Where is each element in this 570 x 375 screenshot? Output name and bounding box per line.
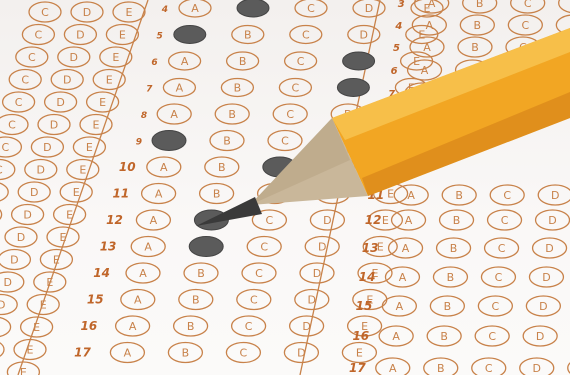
answer-bubble: D xyxy=(25,160,57,180)
svg-text:A: A xyxy=(160,161,168,174)
answer-bubble: B xyxy=(221,79,253,97)
svg-text:A: A xyxy=(129,320,137,333)
answer-bubble: C xyxy=(472,358,506,375)
answer-bubble: E xyxy=(342,343,376,363)
answer-bubble: B xyxy=(179,290,213,310)
answer-bubble: C xyxy=(237,290,271,310)
answer-bubble: D xyxy=(0,340,4,360)
answer-bubble: C xyxy=(488,210,522,230)
svg-text:C: C xyxy=(15,96,23,109)
svg-text:C: C xyxy=(292,82,300,95)
svg-text:C: C xyxy=(260,241,268,254)
svg-text:D: D xyxy=(70,51,78,64)
svg-text:D: D xyxy=(10,254,18,267)
svg-text:D: D xyxy=(23,209,31,222)
answer-bubble: C xyxy=(16,47,48,67)
answer-bubble: A xyxy=(110,343,144,363)
svg-text:B: B xyxy=(455,189,463,202)
answer-bubble: E xyxy=(40,250,72,270)
question-number: 4 xyxy=(161,5,168,15)
answer-bubble: D xyxy=(310,210,344,230)
svg-text:A: A xyxy=(402,242,410,255)
svg-text:C: C xyxy=(41,6,49,19)
answer-bubble: D xyxy=(523,326,557,346)
question-number: 7 xyxy=(146,85,153,95)
answer-bubble: C xyxy=(242,263,276,283)
answer-bubble: D xyxy=(58,47,90,67)
answer-bubble: A xyxy=(376,358,410,375)
answer-bubble: E xyxy=(113,2,145,22)
answer-bubble: C xyxy=(290,26,322,44)
answer-bubble: D xyxy=(529,267,563,287)
answer-bubble: A xyxy=(382,296,416,316)
question-number: 10 xyxy=(119,160,136,174)
answer-bubble: A xyxy=(126,263,160,283)
answer-bubble: D xyxy=(559,0,570,13)
svg-text:C: C xyxy=(35,29,43,42)
svg-text:B: B xyxy=(213,188,221,201)
svg-text:A: A xyxy=(191,2,199,15)
answer-bubble: C xyxy=(3,92,35,112)
question-number: 17 xyxy=(74,346,91,360)
svg-text:B: B xyxy=(450,242,458,255)
answer-bubble: A xyxy=(163,79,195,97)
question-number: 5 xyxy=(157,32,163,42)
svg-text:B: B xyxy=(192,294,200,307)
svg-text:B: B xyxy=(218,161,226,174)
answer-bubble: C xyxy=(481,267,515,287)
answer-bubble: C xyxy=(279,79,311,97)
answer-bubble: B xyxy=(200,184,234,204)
answer-bubble: D xyxy=(71,2,103,22)
answer-bubble: B xyxy=(215,104,249,124)
answer-bubble: E xyxy=(80,115,112,135)
svg-text:D: D xyxy=(37,164,45,177)
answer-bubble: C xyxy=(273,104,307,124)
svg-text:B: B xyxy=(228,108,236,121)
answer-bubble: B xyxy=(440,210,474,230)
svg-text:D: D xyxy=(30,186,38,199)
answer-bubble: C xyxy=(511,0,545,13)
answer-bubble: C xyxy=(0,182,8,202)
svg-text:C: C xyxy=(302,29,310,42)
svg-text:B: B xyxy=(474,19,482,32)
svg-text:E: E xyxy=(27,344,34,357)
svg-text:B: B xyxy=(239,55,247,68)
svg-text:B: B xyxy=(440,330,448,343)
svg-text:C: C xyxy=(28,51,36,64)
svg-text:A: A xyxy=(155,188,163,201)
svg-text:B: B xyxy=(453,214,461,227)
question-number: 17 xyxy=(349,361,366,375)
svg-text:B: B xyxy=(444,300,452,313)
answer-bubble: A xyxy=(379,326,413,346)
answer-bubble: C xyxy=(29,2,61,22)
svg-text:C: C xyxy=(488,330,496,343)
svg-text:D: D xyxy=(17,231,25,244)
answer-sheet-illustration: CDECDECDECDECDECDECDECDECDECDEDEDEDEDEDE… xyxy=(0,0,570,375)
svg-text:E: E xyxy=(119,29,126,42)
svg-text:C: C xyxy=(240,347,248,360)
question-number: 3 xyxy=(398,0,405,10)
answer-bubble: A xyxy=(131,237,165,257)
filled-bubble xyxy=(343,52,375,70)
svg-text:C: C xyxy=(286,108,294,121)
answer-bubble: A xyxy=(157,104,191,124)
svg-text:E: E xyxy=(79,164,86,177)
answer-bubble: A xyxy=(415,0,449,13)
svg-text:A: A xyxy=(407,189,415,202)
question-number: 14 xyxy=(93,266,110,280)
answer-bubble: E xyxy=(14,340,46,360)
answer-bubble: E xyxy=(34,272,66,292)
svg-text:C: C xyxy=(521,19,529,32)
svg-text:C: C xyxy=(0,164,3,177)
answer-bubble: D xyxy=(538,185,570,205)
answer-bubble: D xyxy=(284,343,318,363)
svg-text:B: B xyxy=(234,82,242,95)
answer-bubble: B xyxy=(463,0,497,13)
answer-bubble: C xyxy=(0,205,2,225)
svg-text:D: D xyxy=(50,119,58,132)
question-number: 9 xyxy=(136,138,142,148)
svg-text:E: E xyxy=(86,141,93,154)
answer-bubble: B xyxy=(168,343,202,363)
svg-text:D: D xyxy=(323,214,331,227)
svg-text:C: C xyxy=(255,267,263,280)
svg-text:A: A xyxy=(176,82,184,95)
answer-bubble: B xyxy=(460,15,494,35)
filled-bubble xyxy=(152,131,186,151)
answer-sheet-photo: CDECDECDECDECDECDECDECDECDECDEDEDEDEDEDE… xyxy=(0,0,570,375)
svg-text:B: B xyxy=(182,347,190,360)
svg-text:D: D xyxy=(43,141,51,154)
svg-text:E: E xyxy=(73,186,80,199)
answer-bubble: E xyxy=(100,47,132,67)
question-number: 8 xyxy=(141,111,147,121)
question-number: 13 xyxy=(100,240,117,254)
filled-bubble xyxy=(237,0,269,17)
answer-bubble: C xyxy=(232,316,266,336)
answer-bubble: A xyxy=(116,316,150,336)
answer-bubble: D xyxy=(31,137,63,157)
question-number: 16 xyxy=(80,319,97,333)
answer-bubble: E xyxy=(106,25,138,45)
question-number: 15 xyxy=(356,299,373,313)
svg-text:D: D xyxy=(297,347,305,360)
svg-text:E: E xyxy=(60,231,67,244)
svg-text:D: D xyxy=(548,214,556,227)
svg-text:D: D xyxy=(551,189,559,202)
question-number: 12 xyxy=(106,213,123,227)
svg-text:A: A xyxy=(139,267,147,280)
answer-bubble: C xyxy=(9,70,41,90)
question-number: 6 xyxy=(151,58,157,68)
svg-text:E: E xyxy=(106,74,113,87)
svg-text:C: C xyxy=(501,214,509,227)
svg-text:A: A xyxy=(396,300,404,313)
svg-text:C: C xyxy=(307,2,315,15)
answer-bubble: A xyxy=(142,184,176,204)
svg-text:C: C xyxy=(245,320,253,333)
svg-text:D: D xyxy=(542,271,550,284)
question-number: 5 xyxy=(393,43,400,54)
svg-text:D: D xyxy=(539,300,547,313)
svg-text:D: D xyxy=(360,29,368,42)
answer-bubble: A xyxy=(389,238,423,258)
question-number: 4 xyxy=(394,21,402,32)
answer-bubble: C xyxy=(285,52,317,70)
answer-bubble: A xyxy=(169,52,201,70)
answer-bubble: C xyxy=(0,160,15,180)
svg-text:A: A xyxy=(170,108,178,121)
svg-text:D: D xyxy=(365,2,373,15)
svg-text:E: E xyxy=(33,321,40,334)
answer-bubble: B xyxy=(442,185,476,205)
svg-text:D: D xyxy=(63,74,71,87)
svg-text:E: E xyxy=(20,366,27,375)
answer-bubble: D xyxy=(0,250,30,270)
svg-text:A: A xyxy=(426,19,434,32)
answer-bubble: D xyxy=(0,272,24,292)
answer-bubble: D xyxy=(12,205,44,225)
svg-text:D: D xyxy=(83,6,91,19)
answer-bubble: D xyxy=(520,358,554,375)
svg-text:E: E xyxy=(112,51,119,64)
svg-text:D: D xyxy=(4,276,12,289)
svg-text:B: B xyxy=(197,267,205,280)
svg-text:B: B xyxy=(437,362,445,375)
question-number: 12 xyxy=(365,213,382,227)
svg-text:C: C xyxy=(503,189,511,202)
question-number: 11 xyxy=(112,187,129,201)
svg-text:E: E xyxy=(46,276,53,289)
answer-bubble: C xyxy=(475,326,509,346)
answer-bubble: D xyxy=(38,115,70,135)
svg-text:E: E xyxy=(53,254,60,267)
svg-text:B: B xyxy=(223,135,231,148)
answer-bubble: E xyxy=(54,205,86,225)
svg-text:C: C xyxy=(485,362,493,375)
svg-text:A: A xyxy=(405,214,413,227)
answer-bubble: D xyxy=(0,295,17,315)
question-number: 14 xyxy=(359,270,376,284)
question-number: 16 xyxy=(352,329,369,343)
svg-text:D: D xyxy=(308,294,316,307)
answer-bubble: D xyxy=(536,210,570,230)
svg-text:B: B xyxy=(471,41,479,54)
svg-text:A: A xyxy=(423,41,431,54)
answer-bubble: B xyxy=(424,358,458,375)
svg-text:B: B xyxy=(187,320,195,333)
answer-bubble: A xyxy=(121,290,155,310)
filled-bubble xyxy=(189,237,223,257)
answer-bubble: D xyxy=(526,296,560,316)
answer-bubble: C xyxy=(22,25,54,45)
svg-text:C: C xyxy=(498,242,506,255)
answer-bubble: A xyxy=(392,210,426,230)
svg-text:A: A xyxy=(134,294,142,307)
answer-bubble: C xyxy=(478,296,512,316)
answer-bubble: A xyxy=(136,210,170,230)
svg-text:E: E xyxy=(126,6,133,19)
svg-text:C: C xyxy=(2,141,10,154)
answer-bubble: B xyxy=(227,52,259,70)
svg-text:C: C xyxy=(281,135,289,148)
svg-text:C: C xyxy=(492,300,500,313)
answer-bubble: B xyxy=(427,326,461,346)
svg-text:A: A xyxy=(124,347,132,360)
answer-bubble: B xyxy=(174,316,208,336)
answer-bubble: C xyxy=(0,137,21,157)
answer-bubble: E xyxy=(7,362,39,375)
svg-text:E: E xyxy=(356,347,363,360)
answer-bubble: D xyxy=(0,317,11,337)
svg-text:D: D xyxy=(536,330,544,343)
question-number: 13 xyxy=(362,241,379,255)
answer-bubble: B xyxy=(210,131,244,151)
svg-text:D: D xyxy=(545,242,553,255)
answer-bubble: D xyxy=(348,26,380,44)
answer-bubble: D xyxy=(290,316,324,336)
svg-text:E: E xyxy=(40,299,47,312)
answer-bubble: D xyxy=(51,70,83,90)
answer-bubble: C xyxy=(0,115,28,135)
answer-bubble: B xyxy=(430,296,464,316)
svg-text:C: C xyxy=(21,74,29,87)
svg-text:D: D xyxy=(76,29,84,42)
answer-bubble: B xyxy=(205,157,239,177)
svg-text:A: A xyxy=(389,362,397,375)
svg-text:C: C xyxy=(250,294,258,307)
answer-bubble: E xyxy=(67,160,99,180)
svg-text:C: C xyxy=(524,0,532,10)
svg-text:D: D xyxy=(0,299,5,312)
answer-bubble: D xyxy=(18,182,50,202)
svg-text:C: C xyxy=(297,55,305,68)
svg-text:C: C xyxy=(495,271,503,284)
answer-bubble: E xyxy=(60,182,92,202)
svg-text:A: A xyxy=(392,330,400,343)
svg-text:C: C xyxy=(266,214,274,227)
answer-bubble: E xyxy=(87,92,119,112)
svg-text:A: A xyxy=(150,214,158,227)
svg-text:D: D xyxy=(302,320,310,333)
answer-bubble: D xyxy=(305,237,339,257)
answer-bubble: C xyxy=(268,131,302,151)
answer-bubble: C xyxy=(247,237,281,257)
answer-bubble: C xyxy=(226,343,260,363)
svg-text:A: A xyxy=(399,271,407,284)
svg-text:A: A xyxy=(144,241,152,254)
answer-bubble: C xyxy=(508,15,542,35)
svg-text:B: B xyxy=(476,0,484,10)
answer-bubble: B xyxy=(433,267,467,287)
answer-bubble: D xyxy=(295,290,329,310)
svg-text:C: C xyxy=(8,119,16,132)
answer-bubble: D xyxy=(5,227,37,247)
filled-bubble xyxy=(337,79,369,97)
answer-bubble: B xyxy=(458,37,492,57)
svg-text:D: D xyxy=(533,362,541,375)
svg-text:D: D xyxy=(313,267,321,280)
svg-text:B: B xyxy=(244,29,252,42)
answer-bubble: D xyxy=(353,0,385,17)
answer-bubble: D xyxy=(64,25,96,45)
svg-text:E: E xyxy=(382,214,389,227)
svg-text:B: B xyxy=(447,271,455,284)
filled-bubble xyxy=(174,26,206,44)
answer-bubble: E xyxy=(27,295,59,315)
answer-bubble: D xyxy=(533,238,567,258)
answer-bubble: D xyxy=(300,263,334,283)
answer-bubble: A xyxy=(179,0,211,17)
question-number: 15 xyxy=(87,293,104,307)
answer-bubble: D xyxy=(45,92,77,112)
answer-bubble: A xyxy=(412,15,446,35)
svg-text:E: E xyxy=(387,188,394,201)
answer-bubble: A xyxy=(147,157,181,177)
svg-text:D: D xyxy=(56,96,64,109)
answer-bubble: B xyxy=(437,238,471,258)
svg-text:A: A xyxy=(421,64,429,77)
answer-bubble: B xyxy=(184,263,218,283)
svg-text:A: A xyxy=(181,55,189,68)
svg-text:E: E xyxy=(93,119,100,132)
answer-bubble: E xyxy=(73,137,105,157)
question-number: 6 xyxy=(391,66,398,77)
answer-bubble: A xyxy=(394,185,428,205)
svg-text:D: D xyxy=(318,241,326,254)
svg-text:E: E xyxy=(66,209,73,222)
answer-bubble: C xyxy=(490,185,524,205)
answer-bubble: C xyxy=(485,238,519,258)
answer-bubble: C xyxy=(295,0,327,17)
svg-text:A: A xyxy=(428,0,436,10)
svg-text:E: E xyxy=(99,96,106,109)
answer-bubble: B xyxy=(232,26,264,44)
